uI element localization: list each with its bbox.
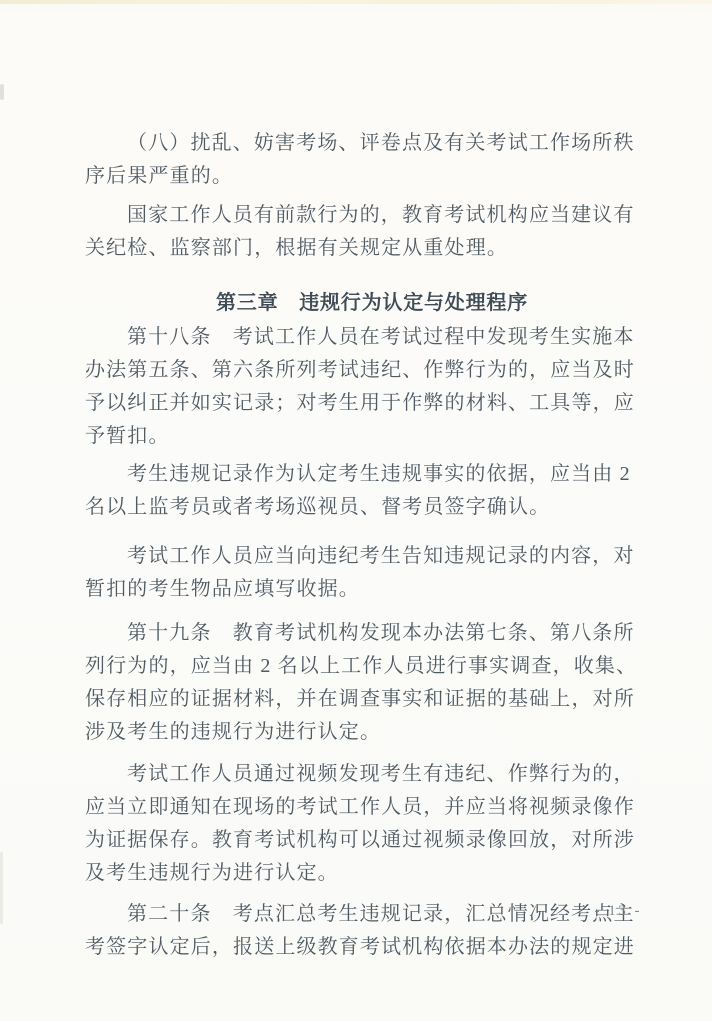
chapter-heading-text: 第三章 违规行为认定与处理程序 (85, 287, 637, 320)
scan-edge-artifact-left (0, 84, 4, 100)
text-line: 办法第五条、第六条所列考试违纪、作弊行为的，应当及时 (85, 354, 637, 387)
text-line: 第十九条 教育考试机构发现本办法第七条、第八条所 (85, 617, 637, 650)
text-line: 第十八条 考试工作人员在考试过程中发现考生实施本 (85, 321, 637, 354)
document-body: （八）扰乱、妨害考场、评卷点及有关考试工作场所秩序后果严重的。国家工作人员有前款… (85, 127, 637, 964)
para-state-personnel: 国家工作人员有前款行为的，教育考试机构应当建议有关纪检、监察部门，根据有关规定从… (85, 199, 637, 265)
text-line: 予暂扣。 (85, 420, 637, 453)
text-line: 暂扣的考生物品应填写收据。 (85, 573, 637, 606)
para-violation-record: 考生违规记录作为认定考生违规事实的依据，应当由 2名以上监考员或者考场巡视员、督… (85, 458, 637, 524)
text-line: 第二十条 考点汇总考生违规记录，汇总情况经考点主 (85, 898, 637, 931)
para-article-18: 第十八条 考试工作人员在考试过程中发现考生实施本办法第五条、第六条所列考试违纪、… (85, 321, 637, 453)
text-line: 名以上监考员或者考场巡视员、督考员签字确认。 (85, 491, 637, 524)
text-line: 应当立即通知在现场的考试工作人员，并应当将视频录像作 (85, 791, 637, 824)
text-line: 保存相应的证据材料，并在调查事实和证据的基础上，对所 (85, 683, 637, 716)
scan-edge-artifact-left-lower (0, 852, 3, 924)
text-line: 为证据保存。教育考试机构可以通过视频录像回放，对所涉 (85, 824, 637, 857)
para-article-19: 第十九条 教育考试机构发现本办法第七条、第八条所列行为的，应当由 2 名以上工作… (85, 617, 637, 749)
text-line: 考试工作人员应当向违纪考生告知违规记录的内容，对 (85, 540, 637, 573)
chapter-3-heading: 第三章 违规行为认定与处理程序 (85, 287, 637, 320)
text-line: 予以纠正并如实记录；对考生用于作弊的材料、工具等，应 (85, 387, 637, 420)
text-line: （八）扰乱、妨害考场、评卷点及有关考试工作场所秩 (85, 127, 637, 160)
text-line: 及考生违规行为进行认定。 (85, 857, 637, 890)
para-notify-content: 考试工作人员应当向违纪考生告知违规记录的内容，对暂扣的考生物品应填写收据。 (85, 540, 637, 606)
text-line: 涉及考生的违规行为进行认定。 (85, 716, 637, 749)
document-page: （八）扰乱、妨害考场、评卷点及有关考试工作场所秩序后果严重的。国家工作人员有前款… (0, 0, 712, 1021)
text-line: 序后果严重的。 (85, 160, 637, 193)
text-line: 列行为的，应当由 2 名以上工作人员进行事实调查，收集、 (85, 650, 637, 683)
page-number: - 13 - (595, 901, 643, 921)
text-line: 考生违规记录作为认定考生违规事实的依据，应当由 2 (85, 458, 637, 491)
scan-edge-artifact-top (0, 0, 712, 4)
text-line: 国家工作人员有前款行为的，教育考试机构应当建议有 (85, 199, 637, 232)
para-article-20: 第二十条 考点汇总考生违规记录，汇总情况经考点主考签字认定后，报送上级教育考试机… (85, 898, 637, 964)
para-item-8-disorder: （八）扰乱、妨害考场、评卷点及有关考试工作场所秩序后果严重的。 (85, 127, 637, 193)
text-line: 考签字认定后，报送上级教育考试机构依据本办法的规定进 (85, 931, 637, 964)
text-line: 关纪检、监察部门，根据有关规定从重处理。 (85, 232, 637, 265)
para-video-discovery: 考试工作人员通过视频发现考生有违纪、作弊行为的，应当立即通知在现场的考试工作人员… (85, 758, 637, 890)
text-line: 考试工作人员通过视频发现考生有违纪、作弊行为的， (85, 758, 637, 791)
